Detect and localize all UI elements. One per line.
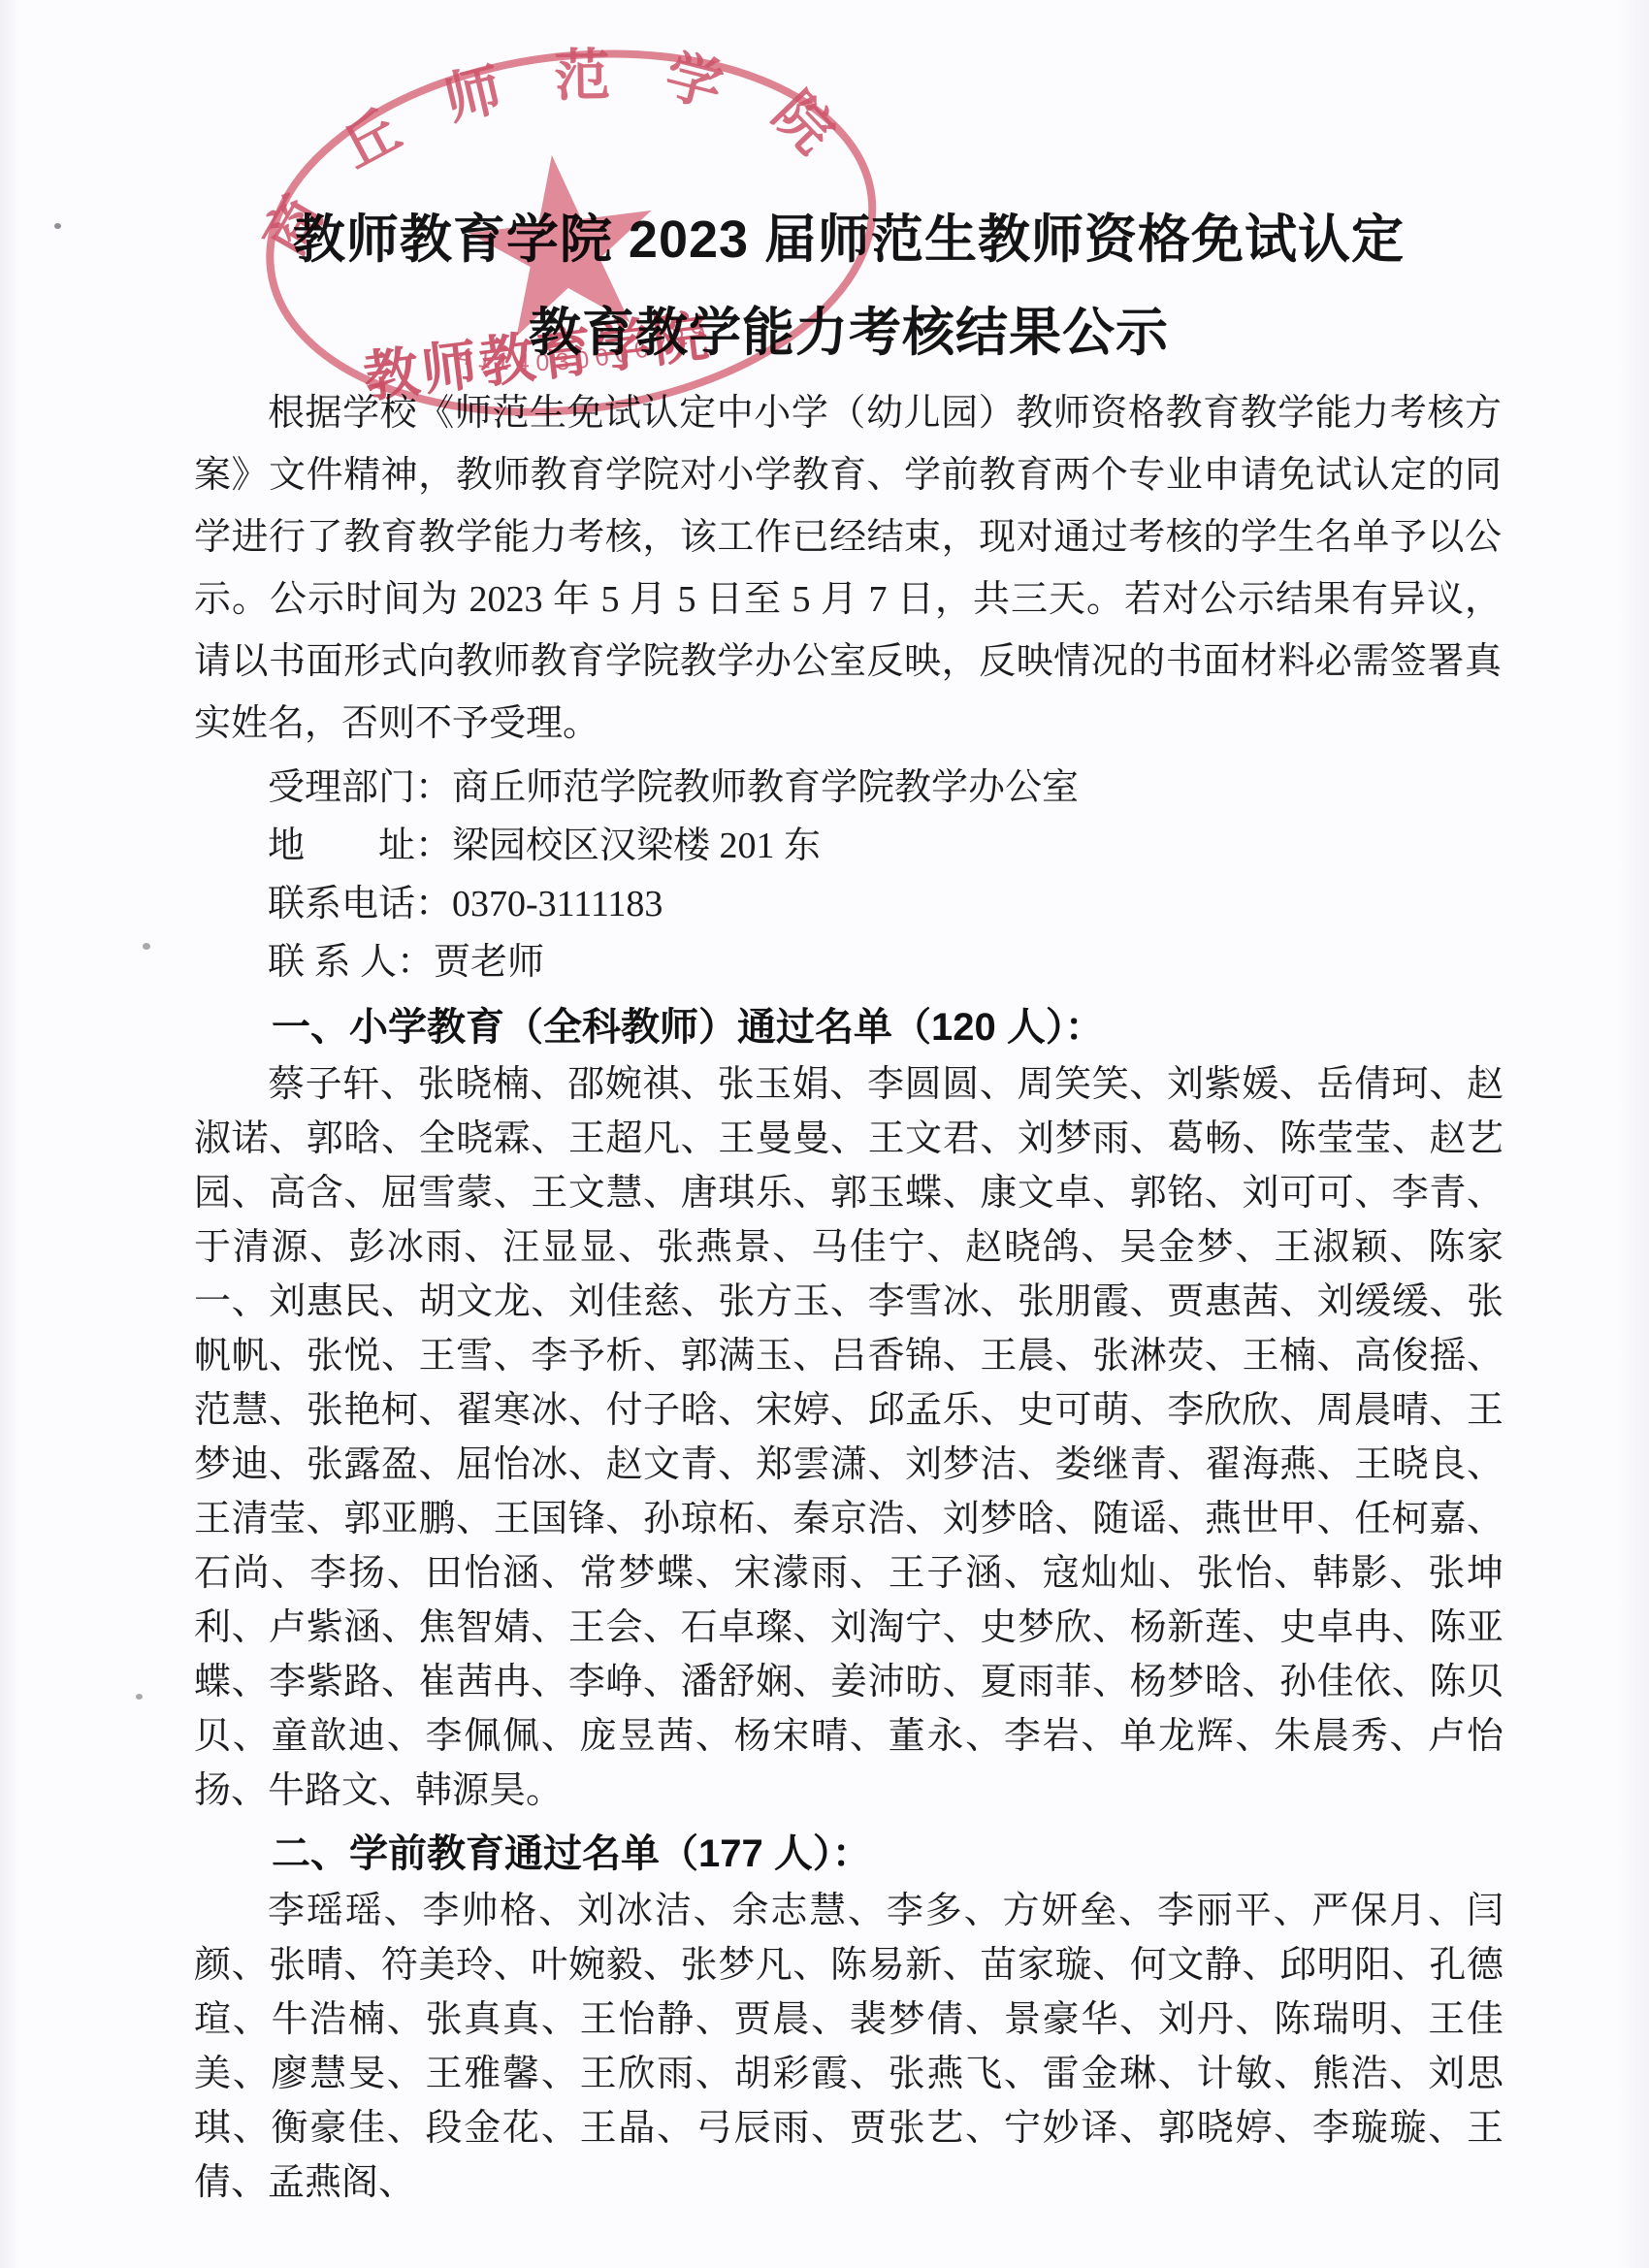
scan-speck (136, 1694, 143, 1700)
scan-speck (54, 223, 61, 229)
document-page: 商丘师范学院 教师教育学院 4114030006229 教师教育学院 2023 … (0, 0, 1649, 2268)
section2-heading: 二、学前教育通过名单（177 人）： (194, 1826, 1502, 1882)
contact-address-line: 地 址：梁园校区汉梁楼 201 东 (194, 817, 1502, 875)
contact-dept-line: 受理部门：商丘师范学院教师教育学院教学办公室 (194, 759, 1502, 817)
section1-heading: 一、小学教育（全科教师）通过名单（120 人）： (194, 999, 1502, 1055)
document-title-line1: 教师教育学院 2023 届师范生教师资格免试认定 (194, 0, 1503, 274)
intro-paragraph: 根据学校《师范生免试认定中小学（幼儿园）教师资格教育教学能力考核方案》文件精神，… (194, 382, 1502, 755)
contact-phone-line: 联系电话：0370-3111183 (194, 875, 1502, 933)
section2-name-list: 李瑶瑶、李帅格、刘冰洁、余志慧、李多、方妍垒、李丽平、严保月、闫颜、张晴、符美玲… (194, 1884, 1503, 2210)
contact-info-block: 受理部门：商丘师范学院教师教育学院教学办公室 地 址：梁园校区汉梁楼 201 东… (194, 759, 1502, 991)
contact-person-line: 联 系 人：贾老师 (194, 933, 1502, 991)
scan-speck (143, 943, 150, 950)
document-title-line2: 教育教学能力考核结果公示 (194, 299, 1503, 367)
section1-name-list: 蔡子轩、张晓楠、邵婉祺、张玉娟、李圆圆、周笑笑、刘紫媛、岳倩珂、赵淑诺、郭晗、全… (194, 1057, 1503, 1818)
